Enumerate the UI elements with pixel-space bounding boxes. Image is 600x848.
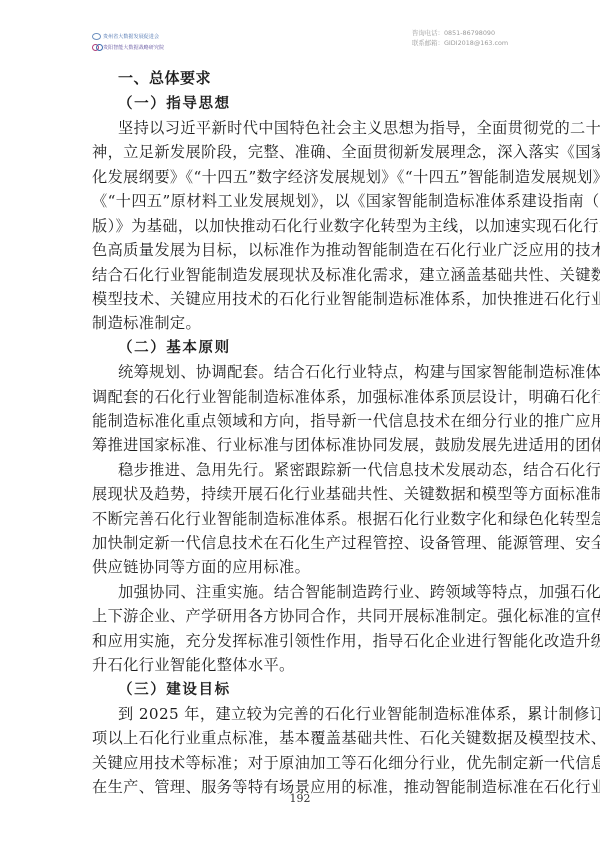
logo-org2-text: 贵阳智能大数据战略研究院	[103, 44, 164, 51]
paragraph-line: 展现状及趋势，持续开展石化行业基础共性、关键数据和模型等方面标准制定，	[92, 485, 600, 503]
paragraph-line: 统筹规划、协调配套。结合石化行业特点，构建与国家智能制造标准体系协	[118, 363, 600, 381]
paragraph-line: 和应用实施，充分发挥标准引领性作用，指导石化企业进行智能化改造升级，提	[92, 632, 600, 650]
paragraph-line: 到 2025 年，建立较为完善的石化行业智能制造标准体系，累计制修订 30	[118, 705, 600, 723]
page-number: 192	[0, 792, 600, 805]
paragraph-line: 坚持以习近平新时代中国特色社会主义思想为指导，全面贯彻党的二十大精	[118, 119, 600, 137]
subsection-title-guiding-ideology: （一）指导思想	[118, 95, 231, 113]
email-label: 联系邮箱：	[412, 39, 444, 47]
logo-org1-text: 贵州省大数据发展促进会	[103, 33, 159, 40]
paragraph-line: 色高质量发展为目标，以标准作为推动智能制造在石化行业广泛应用的技术支撑，	[92, 241, 600, 259]
paragraph-line: 能制造标准化重点领域和方向，指导新一代信息技术在细分行业的推广应用，统	[92, 412, 600, 430]
paragraph-line: 制造标准制定。	[92, 314, 201, 332]
paragraph-line: 供应链协同等方面的应用标准。	[92, 558, 310, 576]
paragraph-line: 化发展纲要》《“十四五”数字经济发展规划》《“十四五”智能制造发展规划》	[92, 168, 600, 186]
paragraph-line: 结合石化行业智能制造发展现状及标准化需求，建立涵盖基础共性、关键数据及	[92, 266, 600, 284]
subsection-title-construction-goals: （三）建设目标	[118, 681, 231, 699]
promotion-association-logo-icon	[92, 33, 101, 40]
page-header: 贵州省大数据发展促进会 贵阳智能大数据战略研究院 咨询电话：0851-86798…	[0, 0, 600, 60]
paragraph-line: 关键应用技术等标准；对于原油加工等石化细分行业，优先制定新一代信息技术	[92, 754, 600, 772]
paragraph-line: 筹推进国家标准、行业标准与团体标准协同发展，鼓励发展先进适用的团体标准。	[92, 436, 600, 454]
subsection-title-basic-principles: （二）基本原则	[118, 339, 231, 357]
paragraph-line: 上下游企业、产学研用各方协同合作，共同开展标准制定。强化标准的宣传推广	[92, 607, 600, 625]
email-address: GIDI2018@163.com	[444, 39, 508, 47]
phone-label: 咨询电话：	[412, 29, 444, 37]
paragraph-line: 加快制定新一代信息技术在石化生产过程管控、设备管理、能源管理、安全环保、	[92, 534, 600, 552]
paragraph-line: 版）》为基础，以加快推动石化行业数字化转型为主线，以加速实现石化行业绿	[92, 217, 600, 235]
paragraph-line: 稳步推进、急用先行。紧密跟踪新一代信息技术发展动态，结合石化行业发	[118, 461, 600, 479]
paragraph-line: 加强协同、注重实施。结合智能制造跨行业、跨领域等特点，加强石化行业	[118, 583, 600, 601]
paragraph-line: 神，立足新发展阶段，完整、准确、全面贯彻新发展理念，深入落实《国家标准	[92, 143, 600, 161]
contact-email: 联系邮箱：GIDI2018@163.com	[412, 38, 508, 48]
section-title: 一、总体要求	[118, 69, 211, 87]
organization-logo: 贵州省大数据发展促进会 贵阳智能大数据战略研究院	[92, 31, 172, 53]
paragraph-line: 项以上石化行业重点标准，基本覆盖基础共性、石化关键数据及模型技术、石化	[92, 729, 600, 747]
contact-info: 咨询电话：0851-86798090 联系邮箱：GIDI2018@163.com	[412, 28, 508, 48]
paragraph-line: 调配套的石化行业智能制造标准体系，加强标准体系顶层设计，明确石化行业智	[92, 388, 600, 406]
phone-number: 0851-86798090	[444, 29, 495, 37]
paragraph-line: 模型技术、关键应用技术的石化行业智能制造标准体系，加快推进石化行业智能	[92, 290, 600, 308]
contact-phone: 咨询电话：0851-86798090	[412, 28, 508, 38]
research-institute-logo-icon	[92, 44, 101, 51]
paragraph-line: 不断完善石化行业智能制造标准体系。根据石化行业数字化和绿色化转型急需，	[92, 510, 600, 528]
paragraph-line: 升石化行业智能化整体水平。	[92, 656, 295, 674]
paragraph-line: 《“十四五”原材料工业发展规划》，以《国家智能制造标准体系建设指南（2021	[92, 192, 600, 210]
